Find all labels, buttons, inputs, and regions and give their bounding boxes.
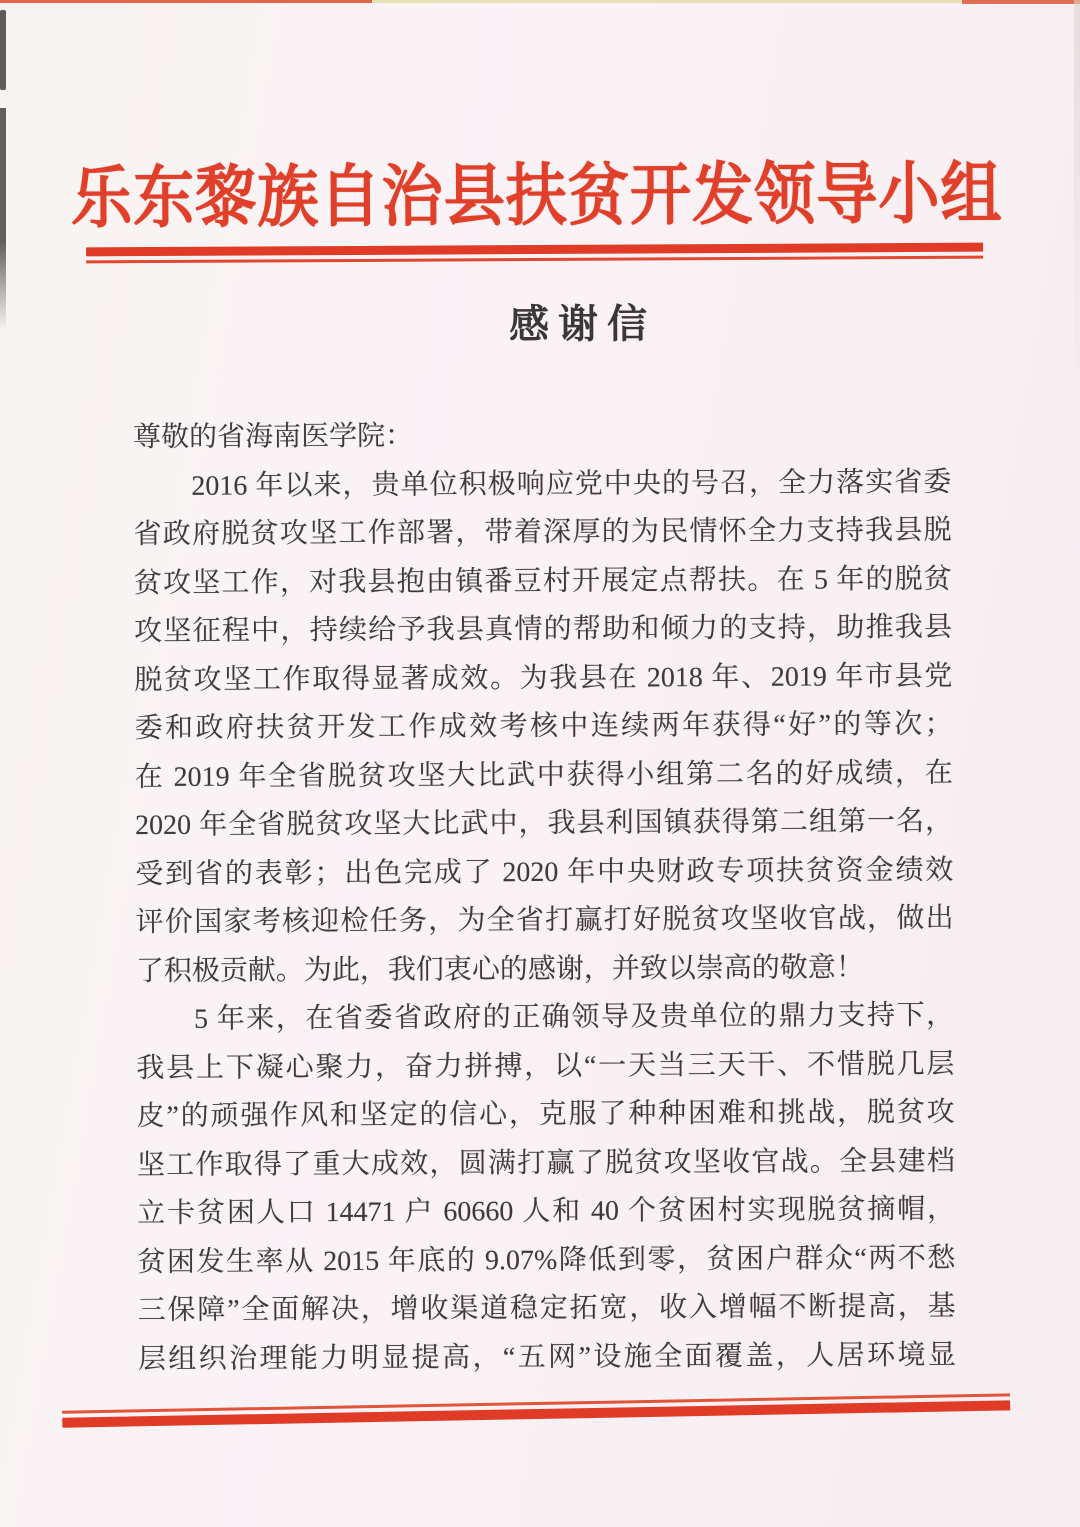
- letter-line: 层组织治理能力明显提高，“五网”设施全面覆盖，人居环境显: [138, 1331, 956, 1384]
- letter-body: 尊敬的省海南医学院： 2016 年以来，贵单位积极响应党中央的号召，全力落实省委…: [133, 410, 956, 1384]
- letter-line: 皮”的顽强作风和坚定的信心，克服了种种困难和挑战，脱贫攻: [137, 1089, 955, 1142]
- letter-line: 立卡贫困人口 14471 户 60660 人和 40 个贫困村实现脱贫摘帽，: [137, 1186, 955, 1239]
- letter-line: 贫攻坚工作，对我县抱由镇番豆村开展定点帮扶。在 5 年的脱贫: [134, 555, 952, 608]
- letter-line: 5 年来，在省委省政府的正确领导及贵单位的鼎力支持下，: [136, 992, 954, 1045]
- letter-title: 感谢信: [42, 299, 1080, 351]
- letter-line: 2016 年以来，贵单位积极响应党中央的号召，全力落实省委: [133, 458, 951, 511]
- letter-content: 乐东黎族自治县扶贫开发领导小组 感谢信 尊敬的省海南医学院： 2016 年以来，…: [0, 0, 1080, 1527]
- letter-line: 委和政府扶贫开发工作成效考核中连续两年获得“好”的等次；: [134, 701, 952, 754]
- letterhead-org-title: 乐东黎族自治县扶贫开发领导小组: [50, 143, 1023, 248]
- letter-line: 坚工作取得了重大成效，圆满打赢了脱贫攻坚收官战。全县建档: [137, 1137, 955, 1190]
- letter-line: 在 2019 年全省脱贫攻坚大比武中获得小组第二名的好成绩，在: [135, 749, 953, 802]
- letter-line: 攻坚征程中，持续给予我县真情的帮助和倾力的支持，助推我县: [134, 604, 952, 657]
- letterhead-double-rule: [86, 243, 983, 264]
- scanned-letter-page: { "letterhead": { "org_title": "乐东黎族自治县扶…: [0, 0, 1080, 1527]
- letter-line: 三保障”全面解决，增收渠道稳定拓宽，收入增幅不断提高，基: [138, 1283, 956, 1336]
- letter-salutation: 尊敬的省海南医学院：: [133, 410, 951, 463]
- footer-double-rule: [62, 1393, 1010, 1427]
- letter-line: 脱贫攻坚工作取得显著成效。为我县在 2018 年、2019 年市县党: [134, 652, 952, 705]
- letter-line: 2020 年全省脱贫攻坚大比武中，我县利国镇获得第二组第一名，: [135, 798, 953, 851]
- letter-line: 了积极贡献。为此，我们衷心的感谢，并致以崇高的敬意！: [136, 943, 954, 996]
- letter-line: 贫困发生率从 2015 年底的 9.07%降低到零，贫困户群众“两不愁: [137, 1234, 955, 1287]
- letterhead-rule-thin: [86, 256, 983, 264]
- letter-line: 我县上下凝心聚力，奋力拼搏，以“一天当三天干、不惜脱几层: [136, 1040, 954, 1093]
- letter-line: 省政府脱贫攻坚工作部署，带着深厚的为民情怀全力支持我县脱: [133, 507, 951, 560]
- letter-line: 受到省的表彰；出色完成了 2020 年中央财政专项扶贫资金绩效: [135, 846, 953, 899]
- letter-line: 评价国家考核迎检任务，为全省打赢打好脱贫攻坚收官战，做出: [136, 895, 954, 948]
